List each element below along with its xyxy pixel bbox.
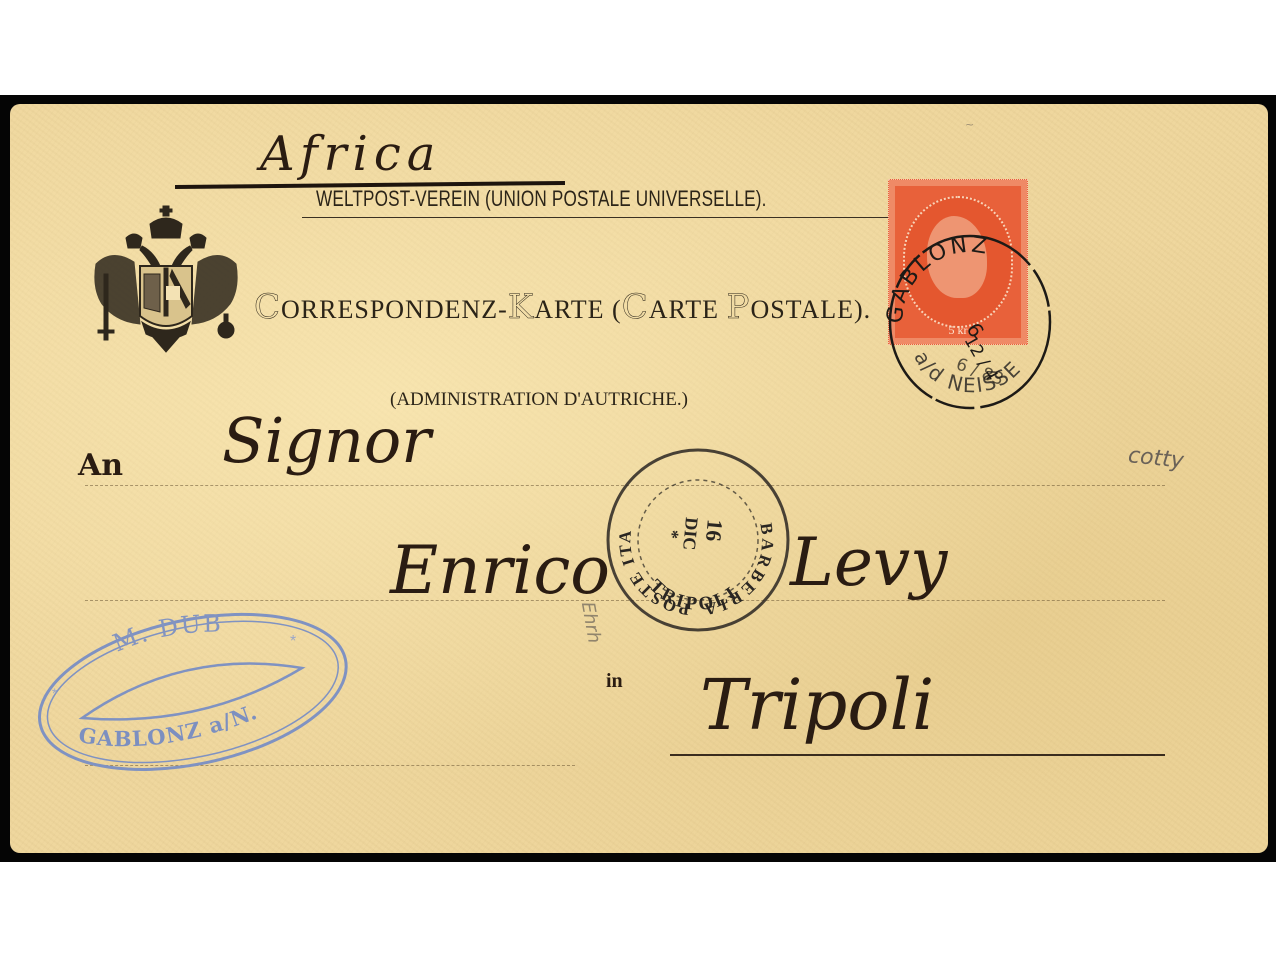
- city-handwritten: Tripoli: [700, 664, 934, 746]
- title-initial-k: K: [508, 287, 534, 327]
- title-segment: ARTE (: [534, 295, 621, 324]
- title-segment: ORRESPONDENZ-: [281, 295, 508, 324]
- cachet-line-1: M. DUB: [109, 610, 223, 658]
- upu-header: WELTPOST-VEREIN (UNION POSTALE UNIVERSEL…: [316, 186, 767, 212]
- title-initial-p: P: [727, 287, 751, 327]
- city-underline: [670, 754, 1165, 756]
- tripoli-postmark: BARBERIA POSTE ITAL. TRIPOLI 16 DIC *: [598, 440, 798, 640]
- header-rule: [302, 217, 900, 218]
- svg-text:GABLONZ: GABLONZ: [883, 232, 992, 324]
- recipient-last-name: Levy: [790, 524, 947, 601]
- arrival-date-day: 16: [701, 518, 728, 542]
- recipient-first-name: Enrico: [390, 532, 610, 609]
- salutation-handwritten: Signor: [222, 404, 431, 477]
- svg-text:GABLONZ a/N.: GABLONZ a/N.: [77, 699, 261, 751]
- title-initial-c2: C: [622, 287, 649, 327]
- postcard: Africa WELTPOST-VEREIN (UNION POSTALE UN…: [10, 104, 1268, 853]
- pencil-note: cotty: [1127, 443, 1185, 474]
- cachet-star-icon: *: [290, 633, 296, 650]
- cachet-line-2: GABLONZ a/N.: [77, 699, 261, 751]
- cachet-star-icon: *: [52, 685, 58, 701]
- svg-text:M. DUB: M. DUB: [109, 610, 223, 658]
- in-label: in: [606, 670, 623, 693]
- arrival-date-star: *: [662, 529, 683, 540]
- administration-line: (ADMINISTRATION D'AUTRICHE.): [390, 389, 688, 411]
- title-initial-c: C: [254, 287, 281, 327]
- double-headed-eagle-icon: [82, 204, 252, 354]
- card-title: CORRESPONDENZ-KARTE (CARTE POSTALE).: [254, 287, 871, 327]
- title-segment: ARTE: [649, 295, 727, 324]
- address-prefix: An: [78, 448, 123, 483]
- postmark-text-top: GABLONZ: [883, 232, 992, 324]
- title-segment: OSTALE).: [750, 295, 871, 324]
- sender-cachet: M. DUB GABLONZ a/N. * *: [22, 588, 362, 788]
- pencil-scribble: ~: [965, 118, 974, 131]
- gablonz-postmark: GABLONZ a/d NEISSE 6 12 / 4 6 / 83: [880, 224, 1060, 414]
- africa-handwritten-note: Africa: [260, 126, 441, 182]
